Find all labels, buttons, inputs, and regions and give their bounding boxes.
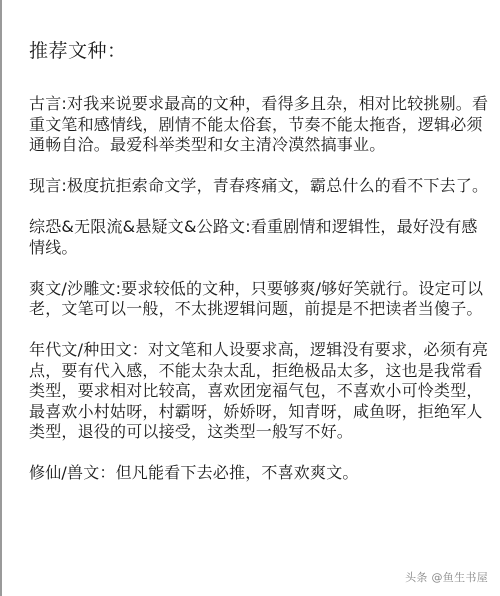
paragraph-horror-infinite-mystery: 综恐&无限流&悬疑文&公路文:看重剧情和逻辑性，最好没有感情线。 — [29, 217, 491, 258]
paragraph-xiuxian: 修仙/兽文：但凡能看下去必推，不喜欢爽文。 — [29, 463, 491, 484]
document-body: 推荐文种： 古言:对我来说要求最高的文种，看得多且杂，相对比较挑剔。看重文笔和感… — [29, 38, 491, 504]
left-border-divider — [0, 0, 2, 596]
watermark-label: 头条 @鱼生书屋 — [405, 569, 488, 585]
paragraph-xianyan: 现言:极度抗拒索命文学，青春疼痛文，霸总什么的看不下去了。 — [29, 176, 491, 197]
paragraph-niandai-zhongtian: 年代文/种田文：对文笔和人设要求高，逻辑没有要求，必须有亮点，要有代入感，不能太… — [29, 340, 491, 443]
page-title: 推荐文种： — [29, 38, 491, 64]
paragraph-shuangwen: 爽文/沙雕文:要求较低的文种，只要够爽/够好笑就行。设定可以老，文笔可以一般，不… — [29, 279, 491, 320]
paragraph-guyan: 古言:对我来说要求最高的文种，看得多且杂，相对比较挑剔。看重文笔和感情线，剧情不… — [29, 94, 491, 156]
